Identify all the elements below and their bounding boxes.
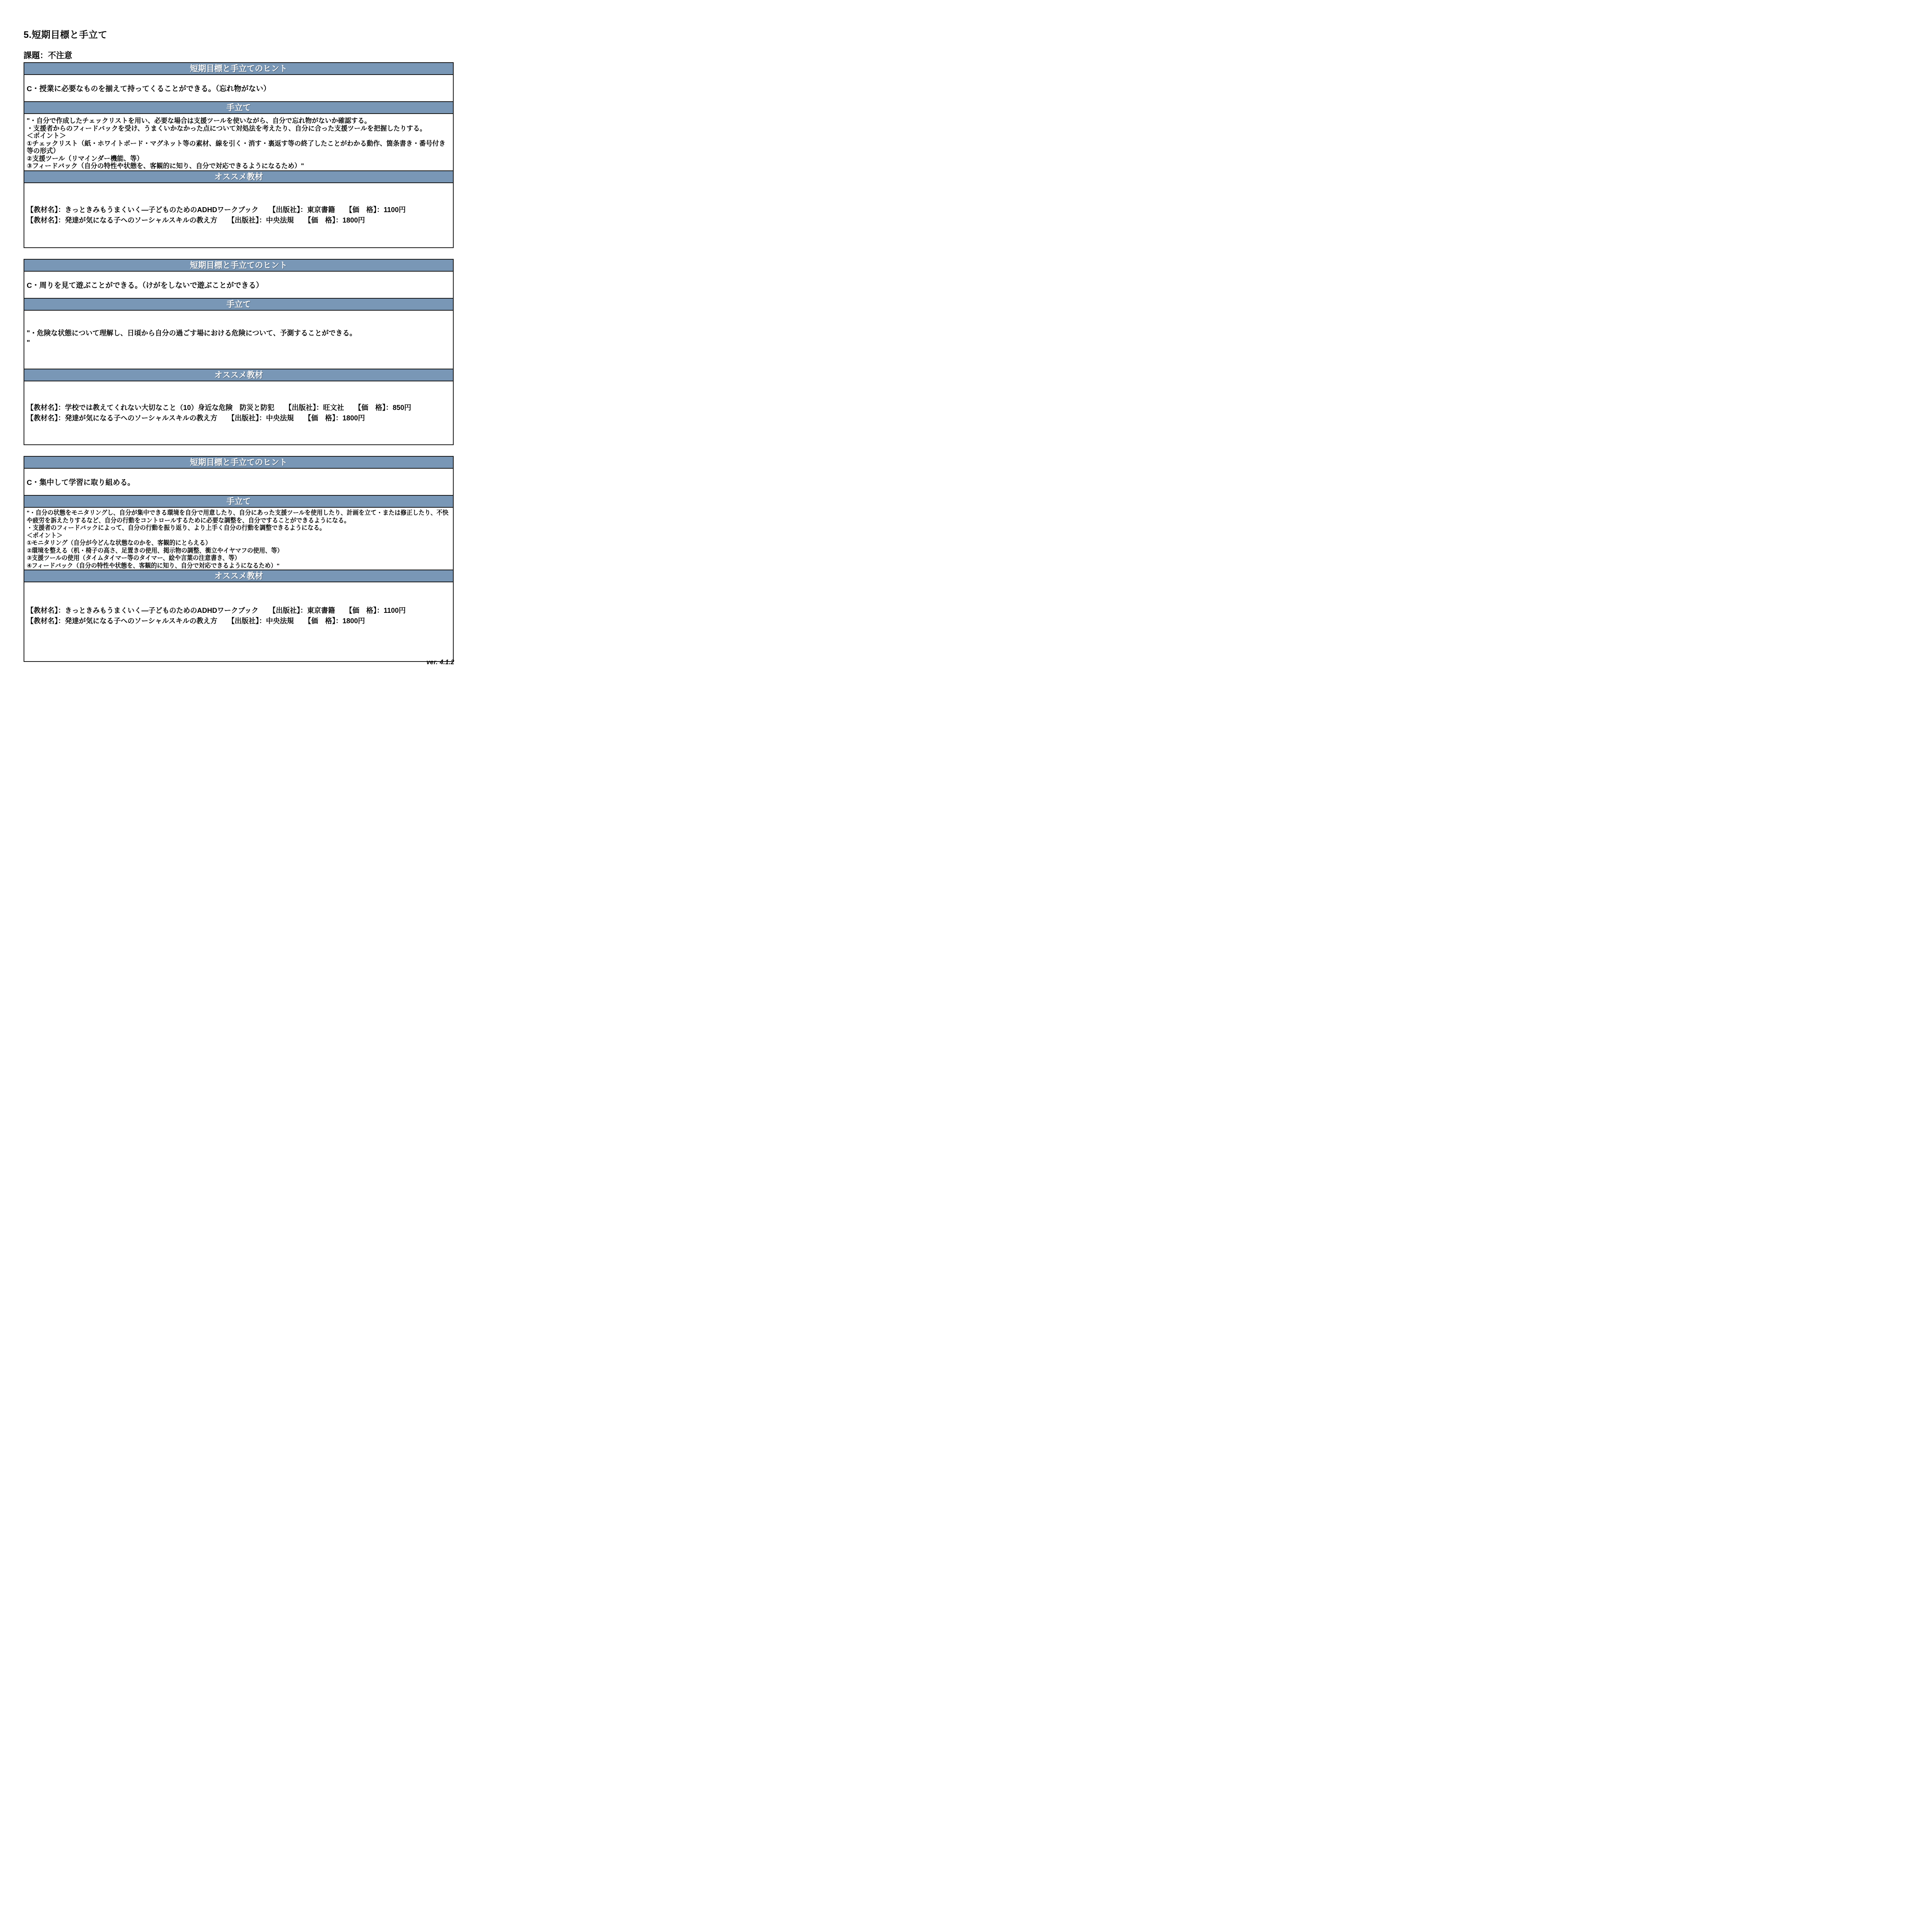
method-header-2: 手立て xyxy=(24,298,453,311)
goal-text-2: C・周りを見て遊ぶことができる。（けがをしないで遊ぶことができる） xyxy=(24,272,453,298)
hint-header-3: 短期目標と手立てのヒント xyxy=(24,457,453,469)
material-header-1: オススメ教材 xyxy=(24,170,453,183)
document-page: 5.短期目標と手立て 課題：不注意 短期目標と手立てのヒント C・授業に必要なも… xyxy=(24,0,454,662)
hint-header-1: 短期目標と手立てのヒント xyxy=(24,63,453,75)
subject-label: 課題：不注意 xyxy=(24,41,454,62)
method-text-2: "・危険な状態について理解し、日頃から自分の過ごす場における危険について、予測す… xyxy=(24,311,453,369)
goal-text-1: C・授業に必要なものを揃えて持ってくることができる。（忘れ物がない） xyxy=(24,75,453,101)
materials-text-2: 【教材名】：学校では教えてくれない大切なこと（10）身近な危険 防災と防犯 【出… xyxy=(24,381,453,444)
goal-text-3: C・集中して学習に取り組める。 xyxy=(24,469,453,495)
materials-text-3: 【教材名】：きっときみもうまくいく―子どものためのADHDワークブック 【出版社… xyxy=(24,582,453,661)
method-header-1: 手立て xyxy=(24,101,453,114)
goal-section-1: 短期目標と手立てのヒント C・授業に必要なものを揃えて持ってくることができる。（… xyxy=(24,62,454,248)
method-text-1: "・自分で作成したチェックリストを用い、必要な場合は支援ツールを使いながら、自分… xyxy=(24,114,453,170)
materials-text-1: 【教材名】：きっときみもうまくいく―子どものためのADHDワークブック 【出版社… xyxy=(24,183,453,247)
hint-header-2: 短期目標と手立てのヒント xyxy=(24,260,453,272)
version-label: ver. 4.1.2 xyxy=(426,659,454,666)
page-title: 5.短期目標と手立て xyxy=(24,0,454,41)
goal-section-3: 短期目標と手立てのヒント C・集中して学習に取り組める。 手立て "・自分の状態… xyxy=(24,456,454,662)
method-header-3: 手立て xyxy=(24,495,453,508)
goal-section-2: 短期目標と手立てのヒント C・周りを見て遊ぶことができる。（けがをしないで遊ぶこ… xyxy=(24,259,454,445)
material-header-3: オススメ教材 xyxy=(24,570,453,582)
method-text-3: "・自分の状態をモニタリングし、自分が集中できる環境を自分で用意したり、自分にあ… xyxy=(24,508,453,570)
material-header-2: オススメ教材 xyxy=(24,369,453,381)
